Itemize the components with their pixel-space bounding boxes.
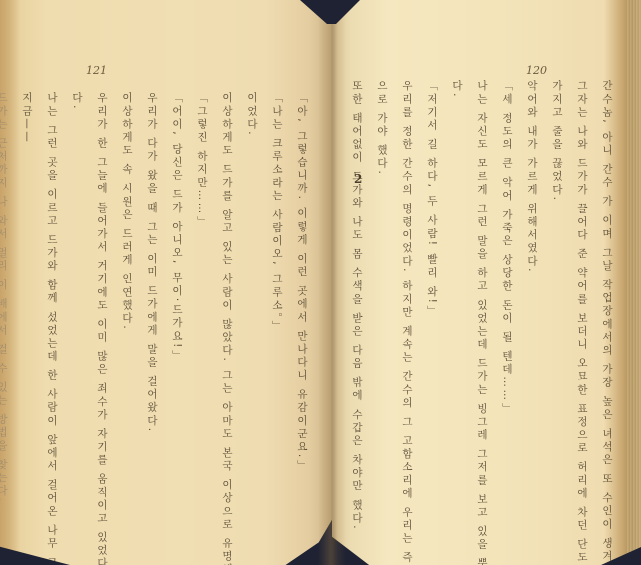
open-book: 121 「아, 그렇습니까. 이렇게 이런 곳에서 만나다니 유감이군요.」「나…: [0, 0, 641, 565]
text-line: 드가는 근처까지 나 와서 멀리 이 배에서 걸 수 있는 방법을 찾는다.: [0, 92, 14, 492]
left-page-text: 「아, 그렇습니까. 이렇게 이런 곳에서 만나다니 유감이군요.」「나는 크루…: [0, 92, 314, 492]
text-line: 우리가 한 그늘에 들어가서 거기에도 이미 많은 죄수가 자기를 움직이고 있…: [89, 92, 114, 492]
text-line: 또한 태어없이 드가와 나도 몸 수색을 받은 다음 밖에 수갑은 차야만 했다…: [344, 80, 369, 490]
text-line: 이상하게도 드가를 알고 있는 사람이 많았다. 그는 아마도 본국 이상으로 …: [214, 92, 239, 492]
text-line: 이상하게도 속 시원은 드러게 인연했다.: [114, 92, 139, 492]
text-line: 「그렇진 하지만……」: [189, 92, 214, 492]
text-line: 이었다.: [239, 92, 264, 492]
page-stack-edge: [627, 0, 641, 565]
text-line: 우리가 다가 왔을 때 그는 이미 드가에게 말을 걸어왔다.: [139, 92, 164, 492]
page-number-right: 120: [526, 64, 547, 77]
text-line: 나는 그런 곳을 이르고 드가와 함께 섰었는데 한 사람이 앞에서 걸어온 나…: [39, 92, 64, 492]
right-page: 120 간수놈, 아니 간수 가 이며 그날 작업장에서의 가장 높은 녀석은 …: [332, 0, 641, 565]
text-line: 으로 가야 했다.: [369, 80, 394, 490]
text-line: 다.: [64, 92, 89, 492]
page-number-left: 121: [86, 64, 107, 77]
text-line: 우리를 정한 간수의 명령이었다. 하지만 계속는 간수의 그 고함소리에 우리…: [394, 80, 419, 490]
text-line: 가지고 줄을 끊었다.: [544, 80, 569, 490]
text-line: 지금——: [14, 92, 39, 492]
right-page-text: 간수놈, 아니 간수 가 이며 그날 작업장에서의 가장 높은 녀석은 또 수인…: [344, 80, 619, 490]
text-line: 간수놈, 아니 간수 가 이며 그날 작업장에서의 가장 높은 녀석은 또 수인…: [594, 80, 619, 490]
text-line: 나는 자신도 모르게 그런 말을 하고 있었는데 드가는 빙그레 그저를 보고 …: [469, 80, 494, 490]
text-line: 악어와 내가 가르게 위해서였다.: [519, 80, 544, 490]
text-line: 「나는 크루소라는 사람이오, 그루소。」: [264, 92, 289, 492]
chapter-section-number: 2: [354, 172, 362, 186]
left-page: 121 「아, 그렇습니까. 이렇게 이런 곳에서 만나다니 유감이군요.」「나…: [0, 0, 332, 565]
text-line: 다.: [444, 80, 469, 490]
text-line: 「어이, 당신은 드가 아니오, 무이·드가요!」: [164, 92, 189, 492]
text-line: 그자는 나와 드가가 끌어다 준 약어를 보더니 오묘한 표정으로 허리에 차던…: [569, 80, 594, 490]
text-line: 「세 정도의 큰 악어 가죽은 상당한 돈이 될 텐데……」: [494, 80, 519, 490]
text-line: 「저기서 길 하다, 두 사람! 빨리 와!」: [419, 80, 444, 490]
text-line: 「아, 그렇습니까. 이렇게 이런 곳에서 만나다니 유감이군요.」: [289, 92, 314, 492]
